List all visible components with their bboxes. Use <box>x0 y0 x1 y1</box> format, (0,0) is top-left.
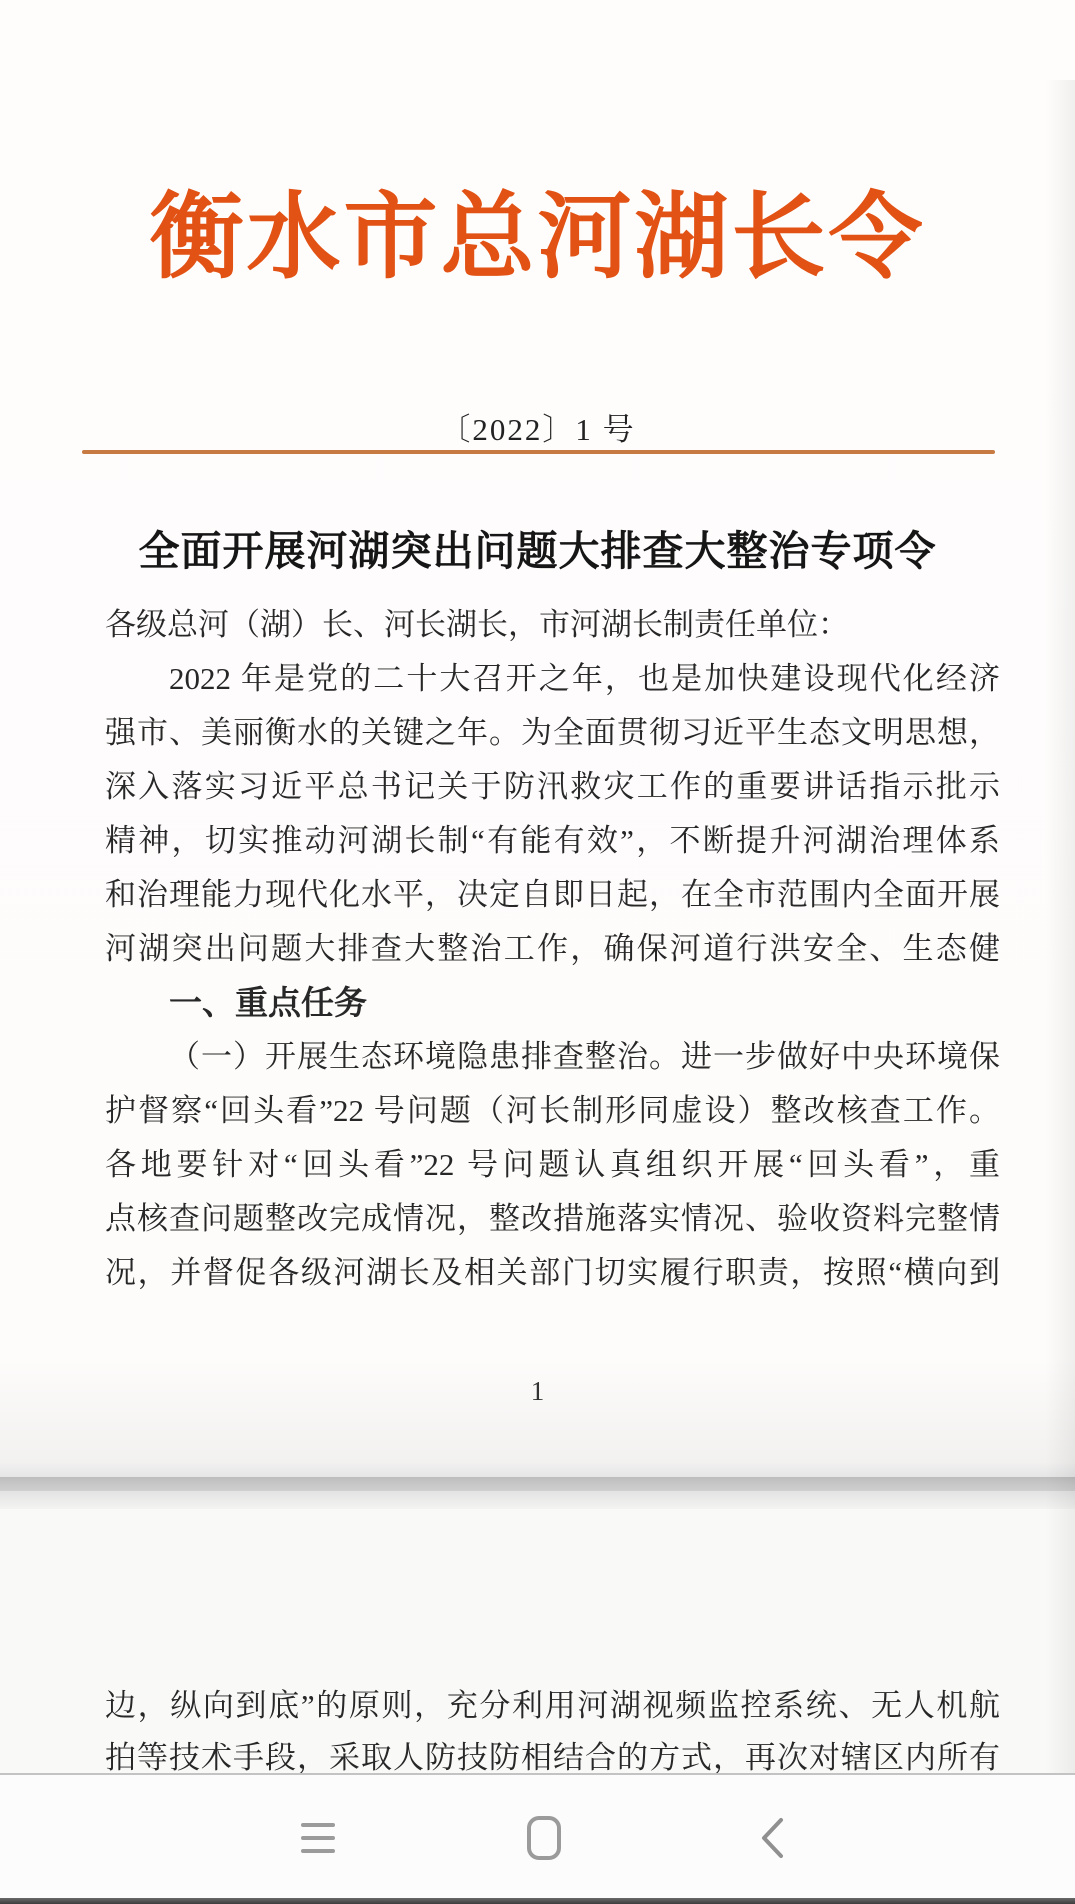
document-text-line: （一）开展生态环境隐患排查整治。进一步做好中央环境保 <box>105 1030 1000 1084</box>
document-heading: 全面开展河湖突出问题大排查大整治专项令 <box>0 518 1075 577</box>
document-text-line: 各地要针对“回头看”22 号问题认真组织开展“回头看”，重 <box>105 1138 1000 1192</box>
phone-screen: 衡水市总河湖长令 〔2022〕1 号 全面开展河湖突出问题大排查大整治专项令 各… <box>0 0 1075 1904</box>
home-button[interactable] <box>474 1790 614 1886</box>
page-number: 1 <box>0 1376 1075 1407</box>
back-button[interactable] <box>702 1790 842 1886</box>
document-text-line: 和治理能力现代化水平，决定自即日起，在全市范围内全面开展 <box>105 868 1000 922</box>
document-text-line: 况，并督促各级河湖长及相关部门切实履行职责，按照“横向到 <box>105 1246 1000 1300</box>
document-text-line: 护督察“回头看”22 号问题（河长制形同虚设）整改核查工作。 <box>105 1084 1000 1138</box>
document-text-line: 深入落实习近平总书记关于防汛救灾工作的重要讲话指示批示 <box>105 760 1000 814</box>
document-text-line: 一、重点任务 <box>105 976 1000 1030</box>
title-divider-line <box>82 450 995 454</box>
document-text-line: 各级总河（湖）长、河长湖长，市河湖长制责任单位： <box>105 598 1000 652</box>
page-separator-shadow <box>0 1491 1075 1509</box>
document-text-line: 精神，切实推动河湖长制“有能有效”，不断提升河湖治理体系 <box>105 814 1000 868</box>
recent-apps-button[interactable] <box>248 1790 388 1886</box>
android-navigation-bar <box>0 1773 1075 1898</box>
document-body-page1: 各级总河（湖）长、河长湖长，市河湖长制责任单位：2022 年是党的二十大召开之年… <box>105 598 1000 1300</box>
home-icon <box>527 1816 561 1860</box>
document-page-1[interactable]: 衡水市总河湖长令 〔2022〕1 号 全面开展河湖突出问题大排查大整治专项令 各… <box>0 0 1075 1477</box>
document-text-line: 强市、美丽衡水的关键之年。为全面贯彻习近平生态文明思想， <box>105 706 1000 760</box>
screen-bottom-edge <box>0 1898 1075 1904</box>
page-separator <box>0 1477 1075 1491</box>
back-chevron-icon <box>755 1815 789 1861</box>
document-text-line: 点核查问题整改完成情况，整改措施落实情况、验收资料完整情 <box>105 1192 1000 1246</box>
recents-menu-icon <box>301 1814 335 1862</box>
document-text-line: 边，纵向到底”的原则，充分利用河湖视频监控系统、无人机航 <box>105 1680 1000 1732</box>
document-text-line: 河湖突出问题大排查大整治工作，确保河道行洪安全、生态健康。 <box>105 922 1000 976</box>
document-text-line: 2022 年是党的二十大召开之年，也是加快建设现代化经济 <box>105 652 1000 706</box>
document-title: 衡水市总河湖长令 <box>0 186 1075 291</box>
document-body-page2: 边，纵向到底”的原则，充分利用河湖视频监控系统、无人机航拍等技术手段，采取人防技… <box>105 1680 1000 1784</box>
document-number: 〔2022〕1 号 <box>0 404 1075 449</box>
